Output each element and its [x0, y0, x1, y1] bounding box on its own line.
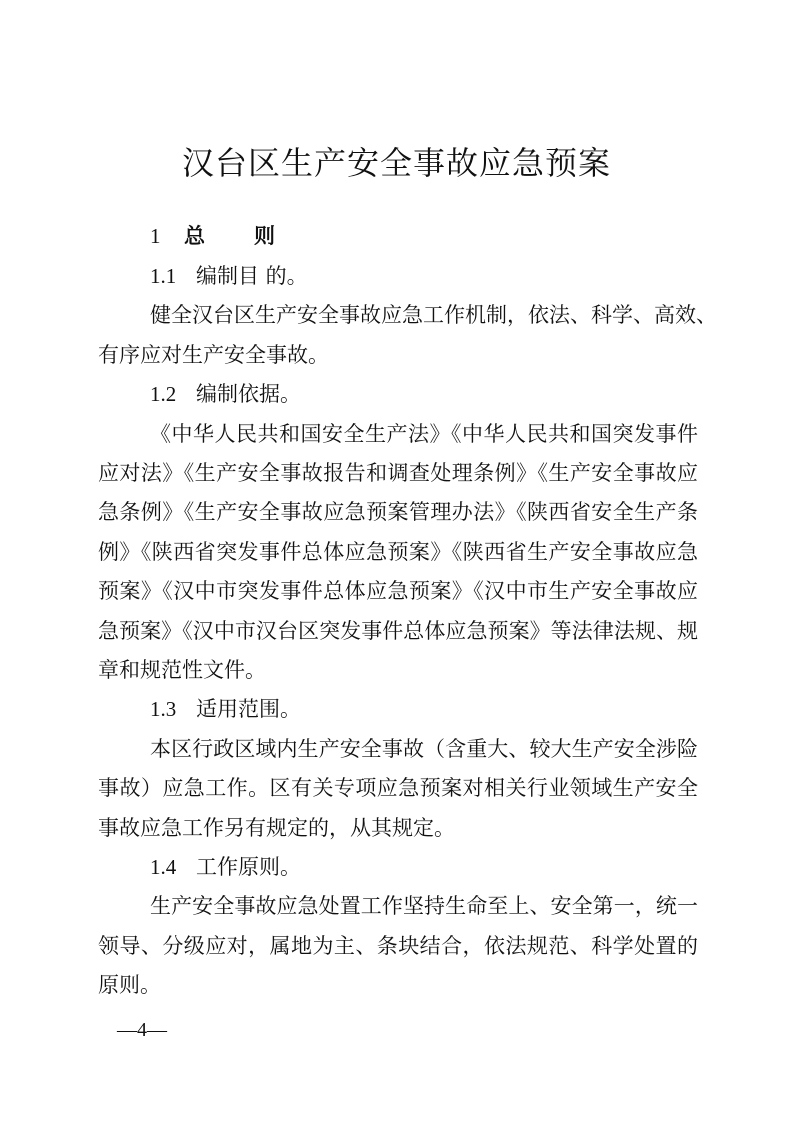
subsection-title: 编制依据。	[196, 382, 301, 406]
paragraph-line: 急预案》《汉中市汉台区突发事件总体应急预案》等法律法规、规	[98, 621, 698, 642]
paragraph-line: 事故）应急工作。区有关专项应急预案对相关行业领域生产安全	[98, 778, 698, 799]
paragraph-line: 原则。	[98, 975, 698, 996]
subsection-title: 适用范围。	[196, 697, 301, 721]
subsection-number: 1.1	[150, 266, 196, 287]
paragraph-line: 健全汉台区生产安全事故应急工作机制，依法、科学、高效、	[150, 305, 698, 326]
subsection-heading-1-2: 1.2编制依据。	[150, 384, 698, 405]
subsection-title: 编制目 的。	[196, 264, 308, 288]
subsection-number: 1.3	[150, 699, 196, 720]
paragraph-line: 事故应急工作另有规定的，从其规定。	[98, 818, 698, 839]
paragraph-line: 生产安全事故应急处置工作坚持生命至上、安全第一，统一	[150, 896, 698, 917]
subsection-heading-1-4: 1.4工作原则。	[150, 857, 698, 878]
section-heading-1: 1总 则	[150, 226, 698, 247]
section-number: 1	[150, 226, 184, 247]
subsection-number: 1.2	[150, 384, 196, 405]
subsection-title: 工作原则。	[196, 855, 301, 879]
paragraph-line: 领导、分级应对，属地为主、条块结合，依法规范、科学处置的	[98, 936, 698, 957]
paragraph-line: 有序应对生产安全事故。	[98, 345, 698, 366]
paragraph-line: 《中华人民共和国安全生产法》《中华人民共和国突发事件	[150, 424, 698, 445]
section-title: 总 则	[184, 224, 289, 248]
paragraph-line: 例》《陕西省突发事件总体应急预案》《陕西省生产安全事故应急	[98, 542, 698, 563]
paragraph-line: 预案》《汉中市突发事件总体应急预案》《汉中市生产安全事故应	[98, 581, 698, 602]
paragraph-line: 本区行政区域内生产安全事故（含重大、较大生产安全涉险	[150, 739, 698, 760]
paragraph-line: 应对法》《生产安全事故报告和调查处理条例》《生产安全事故应	[98, 463, 698, 484]
paragraph-line: 急条例》《生产安全事故应急预案管理办法》《陕西省安全生产条	[98, 502, 698, 523]
subsection-heading-1-3: 1.3适用范围。	[150, 699, 698, 720]
document-title: 汉台区生产安全事故应急预案	[0, 138, 793, 184]
subsection-number: 1.4	[150, 857, 196, 878]
document-page: 汉台区生产安全事故应急预案 1总 则 1.1编制目 的。 健全汉台区生产安全事故…	[0, 0, 793, 1122]
paragraph-line: 章和规范性文件。	[98, 660, 698, 681]
page-number: —4—	[117, 1019, 167, 1042]
subsection-heading-1-1: 1.1编制目 的。	[150, 266, 698, 287]
